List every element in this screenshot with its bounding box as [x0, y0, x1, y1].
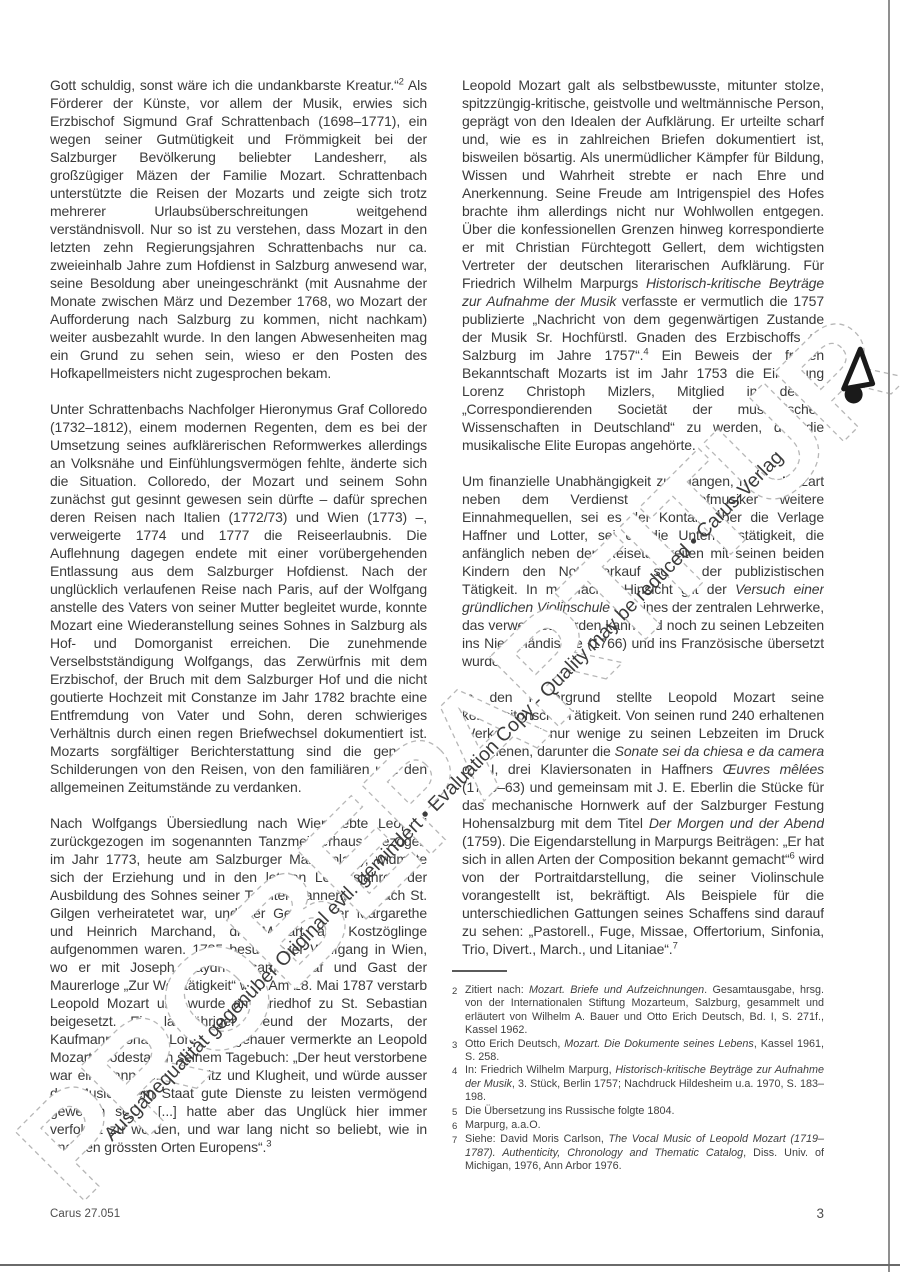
paragraph: Nach Wolfgangs Übersiedlung nach Wien le…: [50, 814, 427, 1156]
paragraph: Gott schuldig, sonst wäre ich die undank…: [50, 76, 427, 382]
page-edge-bottom: [0, 1264, 900, 1266]
footnote-number: 3: [452, 1038, 465, 1065]
footnote: 3 Otto Erich Deutsch, Mozart. Die Dokume…: [452, 1038, 824, 1065]
footnote-number: 6: [452, 1119, 465, 1133]
footnote-text: Otto Erich Deutsch, Mozart. Die Dokument…: [465, 1038, 824, 1065]
catalog-number: Carus 27.051: [50, 1208, 120, 1220]
footnotes-block: 2 Zitiert nach: Mozart. Briefe und Aufze…: [452, 970, 824, 1174]
footnote: 6 Marpurg, a.a.O.: [452, 1119, 824, 1133]
document-page: Gott schuldig, sonst wäre ich die undank…: [0, 0, 900, 1272]
footnote-text: In: Friedrich Wilhelm Marpurg, Historisc…: [465, 1064, 824, 1104]
footnote: 7 Siehe: David Moris Carlson, The Vocal …: [452, 1133, 824, 1173]
footnote-text: Zitiert nach: Mozart. Briefe und Aufzeic…: [465, 984, 824, 1038]
right-column: Leopold Mozart galt als selbstbewusste, …: [462, 76, 824, 964]
footnote-number: 5: [452, 1105, 465, 1119]
footnote: 5 Die Übersetzung ins Russische folgte 1…: [452, 1105, 824, 1119]
page-edge-right: [888, 0, 890, 1272]
footnote: 2 Zitiert nach: Mozart. Briefe und Aufze…: [452, 984, 824, 1038]
page-number: 3: [780, 1206, 824, 1221]
footnote-text: Siehe: David Moris Carlson, The Vocal Mu…: [465, 1133, 824, 1173]
paragraph: Leopold Mozart galt als selbstbewusste, …: [462, 76, 824, 454]
paragraph: In den Hintergrund stellte Leopold Mozar…: [462, 688, 824, 958]
footnote-number: 4: [452, 1064, 465, 1104]
footnote-number: 7: [452, 1133, 465, 1173]
footnote-number: 2: [452, 984, 465, 1038]
paragraph: Um finanzielle Unabhängigkeit zu erlange…: [462, 472, 824, 670]
footnote-text: Die Übersetzung ins Russische folgte 180…: [465, 1105, 824, 1119]
carus-logo-icon: [828, 349, 886, 407]
footnote: 4 In: Friedrich Wilhelm Marpurg, Histori…: [452, 1064, 824, 1104]
left-column: Gott schuldig, sonst wäre ich die undank…: [50, 76, 427, 1192]
footnote-text: Marpurg, a.a.O.: [465, 1119, 824, 1133]
paragraph: Unter Schrattenbachs Nachfolger Hieronym…: [50, 400, 427, 796]
footnote-separator: [452, 970, 507, 972]
